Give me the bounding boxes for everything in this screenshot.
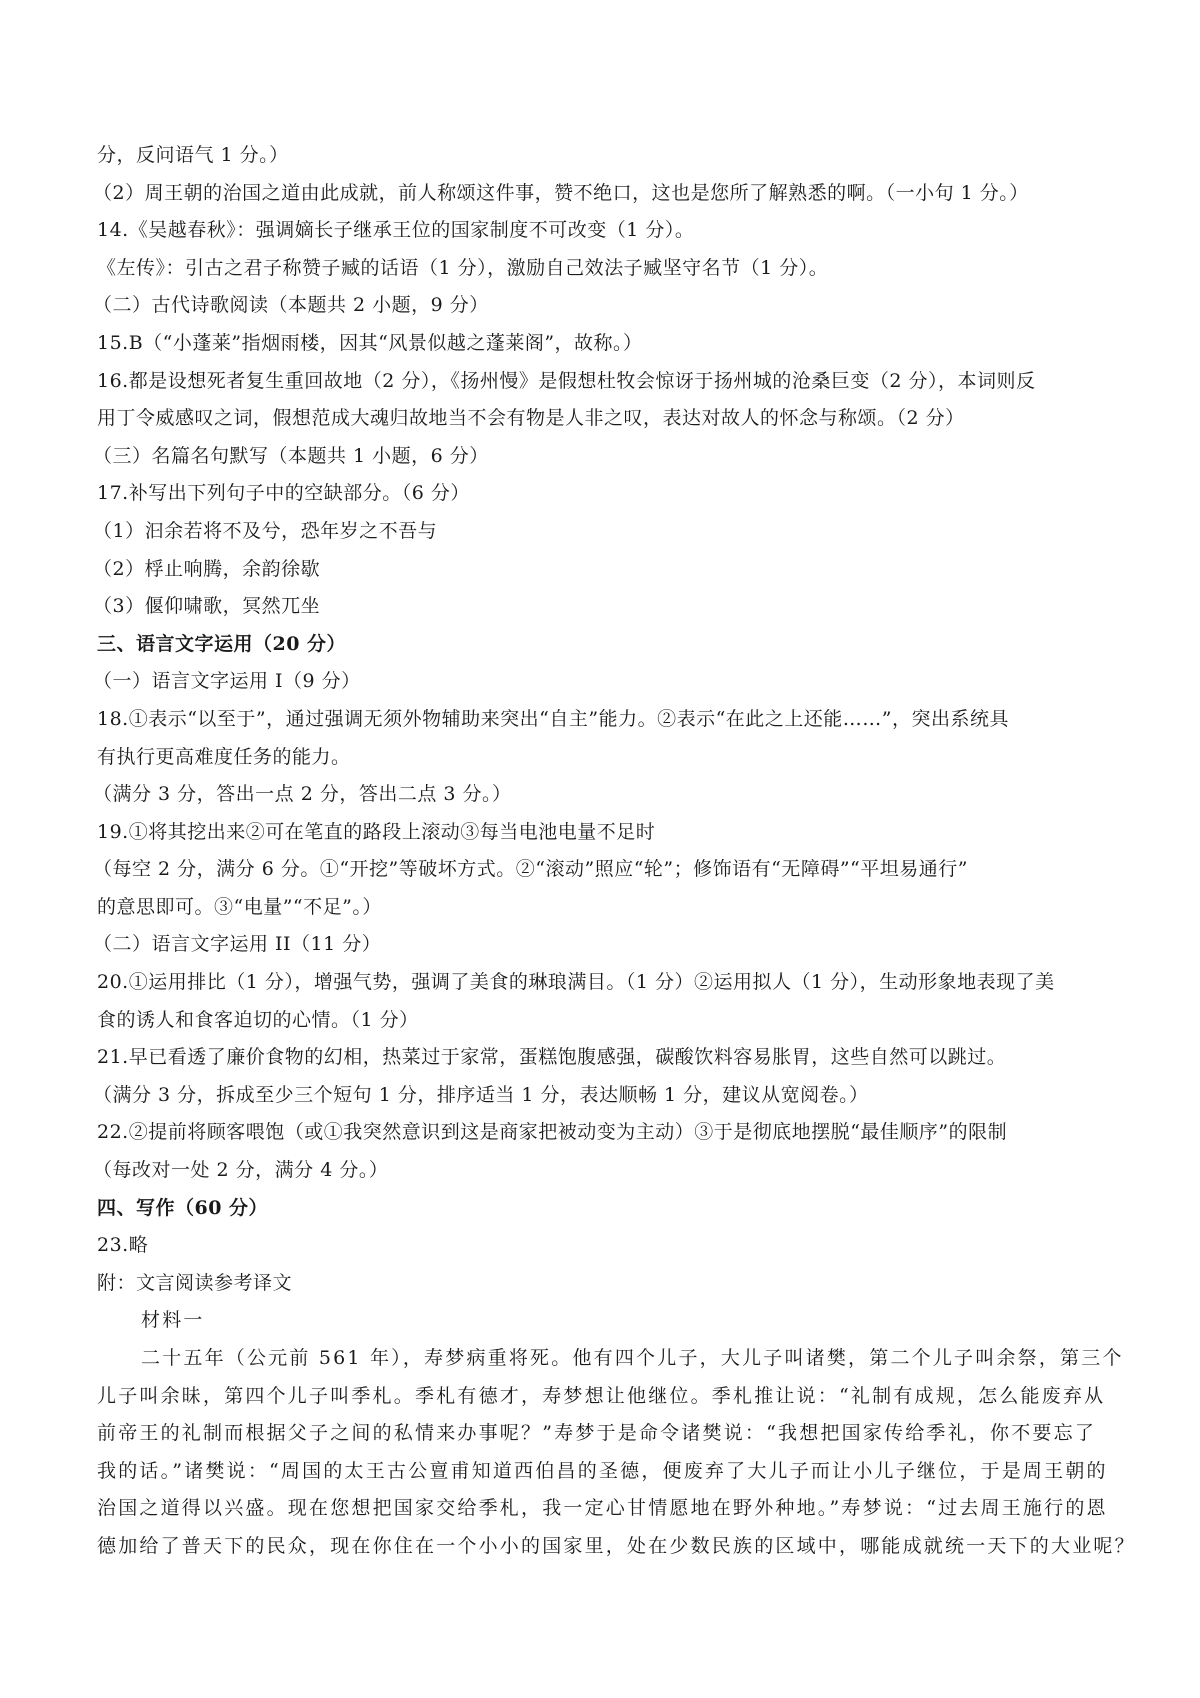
answer-17-item-1: （1）汩余若将不及兮，恐年岁之不吾与 (93, 513, 1117, 551)
translation-paragraph-line-1: 二十五年（公元前 561 年），寿梦病重将死。他有四个儿子，大儿子叫诸樊，第二个… (97, 1340, 1117, 1378)
section-heading-famous-quotes: （三）名篇名句默写（本题共 1 小题，6 分） (93, 438, 1117, 476)
answer-21: 21.早已看透了廉价食物的幻相，热菜过于家常，蛋糕饱腹感强，碳酸饮料容易胀胃，这… (97, 1039, 1117, 1077)
answer-20-line-2: 食的诱人和食客迫切的心情。（1 分） (97, 1002, 1117, 1040)
answer-13-scoring-note-continued: 分，反问语气 1 分。） (97, 137, 1117, 175)
answer-22-scoring-note: （每改对一处 2 分，满分 4 分。） (93, 1152, 1117, 1190)
translation-paragraph-line-3: 前帝王的礼制而根据父子之间的私情来办事呢？”寿梦于是命令诸樊说：“我想把国家传给… (97, 1415, 1117, 1453)
answer-19-scoring-note-line-1: （每空 2 分，满分 6 分。①“开挖”等破坏方式。②“滚动”照应“轮”；修饰语… (93, 851, 1117, 889)
answer-18-line-2: 有执行更高难度任务的能力。 (97, 739, 1117, 777)
answer-17-item-3: （3）偃仰啸歌，冥然兀坐 (93, 588, 1117, 626)
answer-16-line-1: 16.都是设想死者复生重回故地（2 分），《扬州慢》是假想杜牧会惊讶于扬州城的沧… (97, 363, 1117, 401)
answer-22: 22.②提前将顾客喂饱（或①我突然意识到这是商家把被动变为主动）③于是彻底地摆脱… (97, 1114, 1117, 1152)
answer-16-line-2: 用丁令威感叹之词，假想范成大魂归故地当不会有物是人非之叹，表达对故人的怀念与称颂… (97, 400, 1117, 438)
answer-21-scoring-note: （满分 3 分，拆成至少三个短句 1 分，排序适当 1 分，表达顺畅 1 分，建… (93, 1077, 1117, 1115)
answer-17-prompt: 17.补写出下列句子中的空缺部分。（6 分） (97, 475, 1117, 513)
section-heading-ancient-poetry: （二）古代诗歌阅读（本题共 2 小题，9 分） (93, 287, 1117, 325)
material-one-heading: 材料一 (97, 1302, 1117, 1340)
answer-19: 19.①将其挖出来②可在笔直的路段上滚动③每当电池电量不足时 (97, 814, 1117, 852)
answer-23: 23.略 (97, 1227, 1117, 1265)
translation-paragraph-line-4: 我的话。”诸樊说：“周国的太王古公亶甫知道西伯昌的圣德，便废弃了大儿子而让小儿子… (97, 1453, 1117, 1491)
subsection-heading-language-use-1: （一）语言文字运用 I（9 分） (93, 663, 1117, 701)
appendix-heading-translation: 附：文言阅读参考译文 (97, 1265, 1117, 1303)
answer-17-item-2: （2）桴止响腾，余韵徐歇 (93, 551, 1117, 589)
answer-19-scoring-note-line-2: 的意思即可。③“电量”“不足”。） (97, 889, 1117, 927)
answer-14-zuozhuan: 《左传》：引古之君子称赞子臧的话语（1 分），激励自己效法子臧坚守名节（1 分）… (97, 250, 1117, 288)
section-heading-language-use: 三、语言文字运用（20 分） (97, 626, 1117, 664)
subsection-heading-language-use-2: （二）语言文字运用 II（11 分） (93, 926, 1117, 964)
answer-14-wuyue-chunqiu: 14.《吴越春秋》：强调嫡长子继承王位的国家制度不可改变（1 分）。 (97, 212, 1117, 250)
answer-13-part-2-translation: （2）周王朝的治国之道由此成就，前人称颂这件事，赞不绝口，这也是您所了解熟悉的啊… (93, 175, 1117, 213)
answer-18-line-1: 18.①表示“以至于”，通过强调无须外物辅助来突出“自主”能力。②表示“在此之上… (97, 701, 1117, 739)
translation-paragraph-line-6: 德加给了普天下的民众，现在你住在一个小小的国家里，处在少数民族的区域中，哪能成就… (97, 1528, 1117, 1566)
answer-15: 15.B（“小蓬莱”指烟雨楼，因其“风景似越之蓬莱阁”，故称。） (97, 325, 1117, 363)
answer-key-page: 分，反问语气 1 分。） （2）周王朝的治国之道由此成就，前人称颂这件事，赞不绝… (97, 137, 1117, 1566)
answer-18-scoring-note: （满分 3 分，答出一点 2 分，答出二点 3 分。） (93, 776, 1117, 814)
answer-20-line-1: 20.①运用排比（1 分），增强气势，强调了美食的琳琅满目。（1 分）②运用拟人… (97, 964, 1117, 1002)
section-heading-writing: 四、写作（60 分） (97, 1190, 1117, 1228)
translation-paragraph-line-5: 治国之道得以兴盛。现在您想把国家交给季札，我一定心甘情愿地在野外种地。”寿梦说：… (97, 1490, 1117, 1528)
translation-paragraph-line-2: 儿子叫余昧，第四个儿子叫季札。季札有德才，寿梦想让他继位。季札推让说：“礼制有成… (97, 1378, 1117, 1416)
